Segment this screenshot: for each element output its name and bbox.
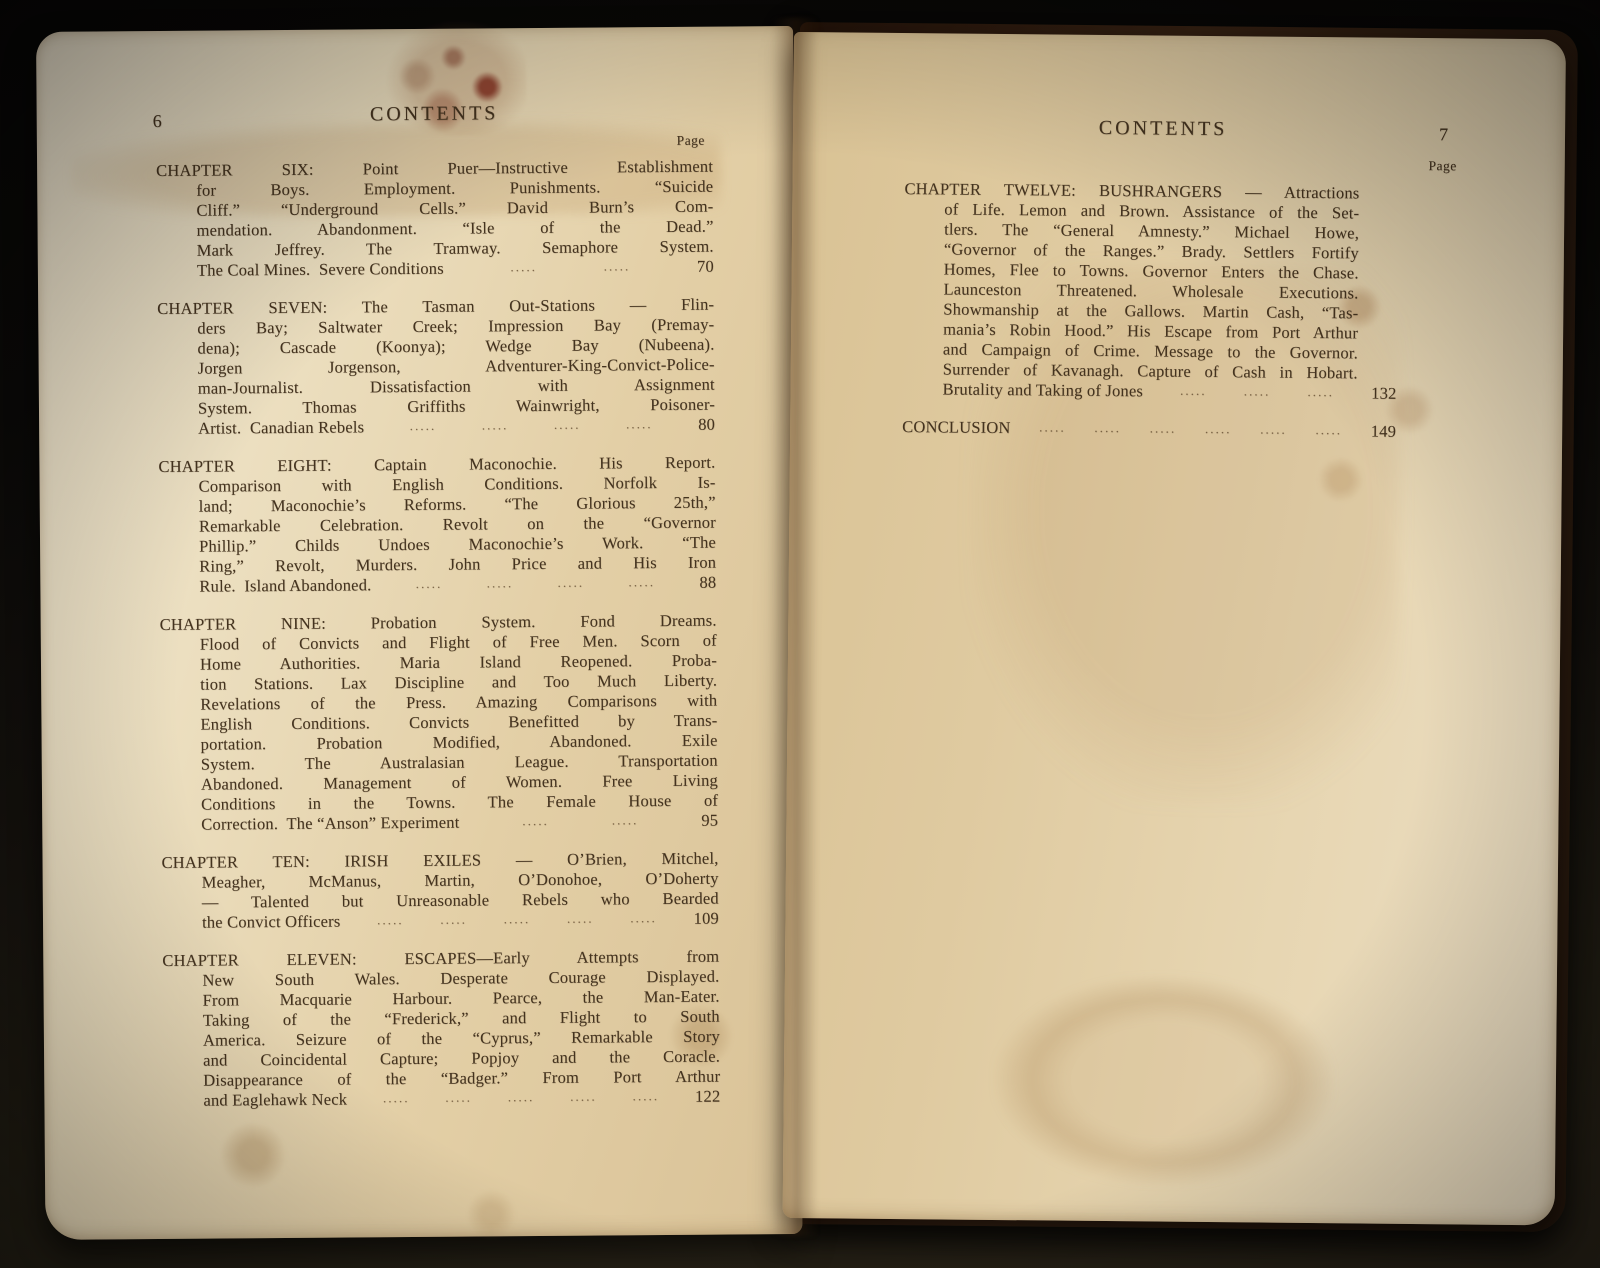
toc-text: Rule. Island Abandoned. <box>199 575 371 596</box>
toc-line: Disappearance of the “Badger.” From Port… <box>163 1067 720 1091</box>
toc-line: portation. Probation Modified, Abandoned… <box>161 731 718 755</box>
toc-line: and Coincidental Capture; Popjoy and the… <box>163 1047 720 1071</box>
leader-dots: ..... <box>416 574 443 594</box>
toc-line: Launceston Threatened. Wholesale Executi… <box>903 279 1397 304</box>
toc-line: Mark Jeffrey. The Tramway. Semaphore Sys… <box>157 237 714 261</box>
toc-entry: CHAPTER SEVEN: The Tasman Out-Stations —… <box>157 295 715 440</box>
toc-line: mania’s Robin Hood.” His Escape from Por… <box>903 319 1397 344</box>
toc-line: man-Journalist. Dissatisfaction with Ass… <box>158 375 715 399</box>
book-cover-edge <box>787 22 1578 1232</box>
toc-page-number: 149 <box>1371 422 1397 442</box>
toc-entry: CHAPTER NINE: Probation System. Fond Dre… <box>160 611 719 836</box>
contents-header-left: CONTENTS <box>156 101 713 128</box>
leader-dots: ..... <box>1180 381 1207 401</box>
leader-dots: ..... <box>1260 419 1287 439</box>
stain-blot <box>967 264 1402 808</box>
toc-line: CHAPTER TEN: IRISH EXILES — O’Brien, Mit… <box>161 849 718 873</box>
toc-line: New South Wales. Desperate Courage Displ… <box>162 967 719 991</box>
toc-page-number: 88 <box>699 573 716 593</box>
leader-dots: ..... <box>482 415 509 435</box>
toc-text: Artist. Canadian Rebels <box>198 417 364 438</box>
toc-line-last: Artist. Canadian Rebels.................… <box>158 415 715 440</box>
toc-line-last: Rule. Island Abandoned..................… <box>159 573 716 598</box>
table-surface: 6 CONTENTS Page CHAPTER SIX: Point Puer—… <box>0 0 1600 1268</box>
leader-dots: ..... <box>604 256 631 276</box>
toc-line: Comparison with English Conditions. Norf… <box>159 473 716 497</box>
toc-entry: CHAPTER TEN: IRISH EXILES — O’Brien, Mit… <box>161 849 719 934</box>
toc-entry: CHAPTER TWELVE: BUSHRANGERS — Attraction… <box>902 179 1398 405</box>
left-page: 6 CONTENTS Page CHAPTER SIX: Point Puer—… <box>36 26 802 1240</box>
toc-line-last: and Eaglehawk Neck......................… <box>163 1087 720 1112</box>
leader-dots: ..... <box>626 414 653 434</box>
leader-dots: ..... <box>1150 418 1177 438</box>
toc-page-number: 70 <box>697 257 714 277</box>
toc-entry: CHAPTER SIX: Point Puer—Instructive Esta… <box>156 157 714 282</box>
page-folio-left: 6 <box>153 111 163 132</box>
leader-dots: ..... <box>570 1087 597 1107</box>
contents-header-right: CONTENTS <box>905 115 1421 143</box>
right-page: 7 CONTENTS Page CHAPTER TWELVE: BUSHRANG… <box>783 32 1566 1225</box>
toc-line: Showmanship at the Gallows. Martin Cash,… <box>903 299 1397 324</box>
stain-spots <box>1289 217 1462 539</box>
toc-line: Flood of Convicts and Flight of Free Men… <box>160 631 717 655</box>
page-column-label-left: Page <box>156 133 705 153</box>
page-column-label-right: Page <box>905 153 1457 174</box>
toc-line: CHAPTER ELEVEN: ESCAPES—Early Attempts f… <box>162 947 719 971</box>
toc-line: CHAPTER TWELVE: BUSHRANGERS — Attraction… <box>904 179 1398 204</box>
toc-line: Remarkable Celebration. Revolt on the “G… <box>159 513 716 537</box>
toc-line: Homes, Flee to Towns. Governor Enters th… <box>904 259 1398 284</box>
leader-dots: ..... <box>554 415 581 435</box>
leader-dots: ..... <box>510 257 537 277</box>
toc-line-last: Brutality and Taking of Jones...........… <box>902 379 1396 405</box>
leader-dots: ..... <box>1094 418 1121 438</box>
leader-dots: ..... <box>487 573 514 593</box>
toc-line: Jorgen Jorgenson, Adventurer-King-Convic… <box>158 355 715 379</box>
toc-line: System. Thomas Griffiths Wainwright, Poi… <box>158 395 715 419</box>
toc-line: America. Seizure of the “Cyprus,” Remark… <box>163 1027 720 1051</box>
toc-text: CONCLUSION <box>902 417 1011 438</box>
toc-line: CHAPTER SEVEN: The Tasman Out-Stations —… <box>157 295 714 319</box>
toc-line: CHAPTER EIGHT: Captain Maconochie. His R… <box>158 453 715 477</box>
toc-page-number: 95 <box>701 811 718 831</box>
leader-dots: ..... <box>628 572 655 592</box>
toc-line: CHAPTER SIX: Point Puer—Instructive Esta… <box>156 157 713 181</box>
toc-line: “Governor of the Ranges.” Brady. Settler… <box>904 239 1398 264</box>
toc-text: The Coal Mines. Severe Conditions <box>197 259 444 281</box>
toc-line: tlers. The “General Amnesty.” Michael Ho… <box>904 219 1398 244</box>
leader-dots: ..... <box>612 810 639 830</box>
toc-line: Phillip.” Childs Undoes Maconochie’s Wor… <box>159 533 716 557</box>
toc-page-number: 122 <box>695 1087 721 1107</box>
toc-line: tion Stations. Lax Discipline and Too Mu… <box>160 671 717 695</box>
leader-dots: ..... <box>1039 417 1066 437</box>
toc-line-last: CONCLUSION..............................… <box>902 417 1396 443</box>
leader-dots: ..... <box>633 1086 660 1106</box>
toc-page-number: 80 <box>698 415 715 435</box>
toc-line: of Life. Lemon and Brown. Assistance of … <box>904 199 1398 224</box>
toc-line: dena); Cascade (Koonya); Wedge Bay (Nube… <box>157 335 714 359</box>
leader-dots: ..... <box>1307 382 1334 402</box>
book-spine-shadow <box>772 18 818 1236</box>
leader-dots: ..... <box>508 1087 535 1107</box>
toc-line: — Talented but Unreasonable Rebels who B… <box>162 889 719 913</box>
toc-line: Cliff.” “Underground Cells.” David Burn’… <box>156 197 713 221</box>
toc-entry: CHAPTER ELEVEN: ESCAPES—Early Attempts f… <box>162 947 720 1112</box>
toc-line: for Boys. Employment. Punishments. “Suic… <box>156 177 713 201</box>
toc-line: Abandoned. Management of Women. Free Liv… <box>161 771 718 795</box>
toc-text: and Eaglehawk Neck <box>203 1090 347 1111</box>
toc-page-number: 132 <box>1371 384 1397 404</box>
toc-line-last: the Convict Officers....................… <box>162 909 719 934</box>
toc-line: mendation. Abandonment. “Isle of the Dea… <box>157 217 714 241</box>
toc-text: the Convict Officers <box>202 912 341 933</box>
toc-line: Ring,” Revolt, Murders. John Price and H… <box>159 553 716 577</box>
toc-entry: CONCLUSION..............................… <box>902 417 1396 443</box>
leader-dots: ..... <box>440 910 467 930</box>
toc-line-last: The Coal Mines. Severe Conditions.......… <box>157 257 714 282</box>
leader-dots: ..... <box>1244 381 1271 401</box>
leader-dots: ..... <box>522 811 549 831</box>
toc-line: System. The Australasian League. Transpo… <box>161 751 718 775</box>
leader-dots: ..... <box>377 910 404 930</box>
toc-line: and Campaign of Crime. Message to the Go… <box>903 339 1397 364</box>
toc-line: Home Authorities. Maria Island Reopened.… <box>160 651 717 675</box>
toc-line: English Conditions. Convicts Benefitted … <box>160 711 717 735</box>
toc-line: From Macquarie Harbour. Pearce, the Man-… <box>163 987 720 1011</box>
toc-line: Conditions in the Towns. The Female Hous… <box>161 791 718 815</box>
leader-dots: ..... <box>504 909 531 929</box>
toc-line: land; Maconochie’s Reforms. “The Gloriou… <box>159 493 716 517</box>
toc-right: CHAPTER TWELVE: BUSHRANGERS — Attraction… <box>902 179 1399 460</box>
leader-dots: ..... <box>1205 419 1232 439</box>
toc-text: Brutality and Taking of Jones <box>942 379 1143 401</box>
leader-dots: ..... <box>1315 420 1342 440</box>
toc-line: Surrender of Kavanagh. Capture of Cash i… <box>903 359 1397 384</box>
leader-dots: ..... <box>630 908 657 928</box>
page-folio-right: 7 <box>1439 124 1449 145</box>
leader-dots: ..... <box>567 909 594 929</box>
toc-line-last: Correction. The “Anson” Experiment......… <box>161 811 718 836</box>
toc-line: ders Bay; Saltwater Creek; Impression Ba… <box>157 315 714 339</box>
leader-dots: ..... <box>383 1088 410 1108</box>
toc-page-number: 109 <box>694 909 720 929</box>
toc-text: Correction. The “Anson” Experiment <box>201 813 459 835</box>
leader-dots: ..... <box>410 416 437 436</box>
toc-line: CHAPTER NINE: Probation System. Fond Dre… <box>160 611 717 635</box>
toc-line: Revelations of the Press. Amazing Compar… <box>160 691 717 715</box>
toc-entry: CHAPTER EIGHT: Captain Maconochie. His R… <box>158 453 716 598</box>
leader-dots: ..... <box>445 1088 472 1108</box>
toc-line: Taking of the “Frederick,” and Flight to… <box>163 1007 720 1031</box>
toc-line: Meagher, McManus, Martin, O’Donohoe, O’D… <box>162 869 719 893</box>
toc-left: CHAPTER SIX: Point Puer—Instructive Esta… <box>156 157 721 1129</box>
leader-dots: ..... <box>558 573 585 593</box>
stain-watermark <box>993 974 1335 1187</box>
stain-foxing-spots <box>93 906 756 1251</box>
stain-ink-spot <box>386 20 527 136</box>
stain-water-band <box>71 119 722 219</box>
